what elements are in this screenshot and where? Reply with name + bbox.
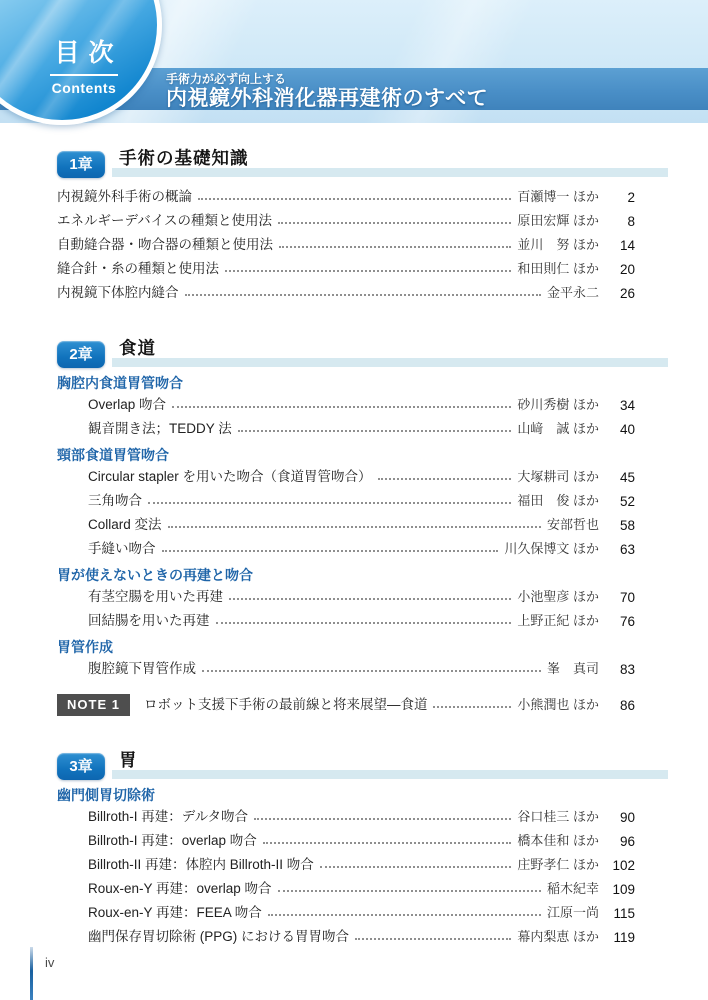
entry-author: 谷口桂三 ほか bbox=[517, 806, 599, 828]
entry-title: 内視鏡外科手術の概論 bbox=[57, 185, 192, 208]
entry-page-number: 109 bbox=[599, 882, 635, 900]
dot-leader bbox=[278, 890, 541, 892]
dot-leader bbox=[225, 270, 511, 272]
entry-author: 和田則仁 ほか bbox=[517, 258, 599, 280]
dot-leader bbox=[185, 294, 541, 296]
toc-entry: 三角吻合福田 俊 ほか52 bbox=[57, 488, 668, 512]
dot-leader bbox=[278, 222, 511, 224]
toc-entry: Collard 変法安部哲也58 bbox=[57, 512, 668, 536]
dot-leader bbox=[378, 478, 512, 480]
toc-entry: 内視鏡外科手術の概論百瀬博一 ほか2 bbox=[57, 184, 668, 208]
dot-leader bbox=[254, 818, 511, 820]
entry-page-number: 26 bbox=[599, 286, 635, 304]
chapter-title: 手術の基礎知識 bbox=[119, 145, 249, 170]
chapter-badge: 2章 bbox=[57, 341, 105, 368]
toc-entry: 有茎空腸を用いた再建小池聖彦 ほか70 bbox=[57, 584, 668, 608]
entry-page-number: 70 bbox=[599, 590, 635, 608]
entry-page-number: 90 bbox=[599, 810, 635, 828]
entry-title: 内視鏡下体腔内縫合 bbox=[57, 281, 179, 304]
dot-leader bbox=[162, 550, 499, 552]
entry-author: 上野正紀 ほか bbox=[517, 610, 599, 632]
dot-leader bbox=[216, 622, 512, 624]
chapter-title: 胃 bbox=[119, 747, 138, 772]
entry-page-number: 40 bbox=[599, 422, 635, 440]
entry-page-number: 76 bbox=[599, 614, 635, 632]
section-heading: 胃が使えないときの再建と吻合 bbox=[57, 566, 668, 584]
page-footer: iv bbox=[30, 947, 54, 1000]
section-heading: 胸腔内食道胃管吻合 bbox=[57, 374, 668, 392]
note-badge: NOTE 1 bbox=[57, 694, 130, 716]
chapter-header: 3章 胃 bbox=[57, 750, 668, 780]
entry-author: 砂川秀樹 ほか bbox=[517, 394, 599, 416]
page-number: iv bbox=[45, 947, 54, 1000]
toc-entry: 回結腸を用いた再建上野正紀 ほか76 bbox=[57, 608, 668, 632]
note-entry: NOTE 1ロボット支援下手術の最前線と将来展望―食道小熊潤也 ほか86 bbox=[57, 690, 668, 716]
entry-author: 百瀬博一 ほか bbox=[517, 186, 599, 208]
entry-page-number: 20 bbox=[599, 262, 635, 280]
entry-page-number: 2 bbox=[599, 190, 635, 208]
section-heading: 頸部食道胃管吻合 bbox=[57, 446, 668, 464]
entry-page-number: 8 bbox=[599, 214, 635, 232]
chapter-3: 3章 胃 幽門側胃切除術 Billroth-I 再建：デルタ吻合谷口桂三 ほか9… bbox=[57, 750, 668, 948]
entry-title: Circular stapler を用いた吻合（食道胃管吻合） bbox=[88, 465, 372, 488]
entry-page-number: 45 bbox=[599, 470, 635, 488]
entry-author: 庄野孝仁 ほか bbox=[517, 854, 599, 876]
note-author: 小熊潤也 ほか bbox=[517, 694, 599, 716]
toc-circle-text: 目次 Contents bbox=[36, 40, 132, 96]
entry-title: Collard 変法 bbox=[88, 513, 162, 536]
entry-page-number: 52 bbox=[599, 494, 635, 512]
entry-author: 大塚耕司 ほか bbox=[517, 466, 599, 488]
dot-leader bbox=[172, 406, 511, 408]
dot-leader bbox=[279, 246, 511, 248]
dot-leader bbox=[202, 670, 541, 672]
entry-page-number: 115 bbox=[599, 906, 635, 924]
dot-leader bbox=[433, 706, 511, 708]
toc-subtitle: Contents bbox=[36, 80, 132, 96]
toc-entry: 自動縫合器・吻合器の種類と使用法並川 努 ほか14 bbox=[57, 232, 668, 256]
dot-leader bbox=[168, 526, 541, 528]
entry-title: Roux-en-Y 再建：FEEA 吻合 bbox=[88, 901, 262, 924]
toc-entry: Overlap 吻合砂川秀樹 ほか34 bbox=[57, 392, 668, 416]
entry-page-number: 83 bbox=[599, 662, 635, 680]
chapter-underline-bar bbox=[112, 770, 668, 779]
entry-title: Billroth-II 再建：体腔内 Billroth-II 吻合 bbox=[88, 853, 314, 876]
chapter-badge: 3章 bbox=[57, 753, 105, 780]
toc-entry: 幽門保存胃切除術 (PPG) における胃胃吻合幕内梨恵 ほか119 bbox=[57, 924, 668, 948]
entry-page-number: 63 bbox=[599, 542, 635, 560]
toc-entry: Billroth-I 再建：overlap 吻合橋本佳和 ほか96 bbox=[57, 828, 668, 852]
toc-entry: Billroth-I 再建：デルタ吻合谷口桂三 ほか90 bbox=[57, 804, 668, 828]
entry-page-number: 119 bbox=[599, 930, 635, 948]
section-heading: 幽門側胃切除術 bbox=[57, 786, 668, 804]
book-title: 内視鏡外科消化器再建術のすべて bbox=[166, 87, 708, 110]
chapter-badge: 1章 bbox=[57, 151, 105, 178]
chapter-1: 1章 手術の基礎知識 内視鏡外科手術の概論百瀬博一 ほか2 エネルギーデバイスの… bbox=[57, 148, 668, 304]
chapter-title: 食道 bbox=[119, 335, 156, 360]
note-page-number: 86 bbox=[599, 698, 635, 716]
toc-entry: Roux-en-Y 再建：overlap 吻合稲木紀幸109 bbox=[57, 876, 668, 900]
entry-title: 幽門保存胃切除術 (PPG) における胃胃吻合 bbox=[88, 925, 349, 948]
entry-title: 自動縫合器・吻合器の種類と使用法 bbox=[57, 233, 273, 256]
chapter-underline-bar bbox=[112, 358, 668, 367]
entry-title: 観音開き法；TEDDY 法 bbox=[88, 417, 232, 440]
toc-divider-line bbox=[50, 74, 118, 76]
toc-content: 1章 手術の基礎知識 内視鏡外科手術の概論百瀬博一 ほか2 エネルギーデバイスの… bbox=[57, 148, 668, 982]
footer-accent-line bbox=[30, 947, 33, 1000]
entry-title: 手縫い吻合 bbox=[88, 537, 156, 560]
entry-title: 有茎空腸を用いた再建 bbox=[88, 585, 223, 608]
toc-entry: Circular stapler を用いた吻合（食道胃管吻合）大塚耕司 ほか45 bbox=[57, 464, 668, 488]
toc-title: 目次 bbox=[36, 40, 132, 68]
entry-title: 回結腸を用いた再建 bbox=[88, 609, 210, 632]
dot-leader bbox=[320, 866, 512, 868]
book-tagline: 手術力が必ず向上する bbox=[166, 72, 708, 87]
entry-page-number: 14 bbox=[599, 238, 635, 256]
dot-leader bbox=[268, 914, 541, 916]
entry-title: Roux-en-Y 再建：overlap 吻合 bbox=[88, 877, 272, 900]
dot-leader bbox=[148, 502, 511, 504]
toc-entry: 観音開き法；TEDDY 法山﨑 誠 ほか40 bbox=[57, 416, 668, 440]
chapter-header: 2章 食道 bbox=[57, 338, 668, 368]
entry-author: 原田宏輝 ほか bbox=[517, 210, 599, 232]
entry-author: 金平永二 bbox=[547, 282, 599, 304]
entry-author: 幕内梨恵 ほか bbox=[517, 926, 599, 948]
toc-entry: 腹腔鏡下胃管作成峯 真司83 bbox=[57, 656, 668, 680]
entry-author: 並川 努 ほか bbox=[517, 234, 599, 256]
dot-leader bbox=[229, 598, 511, 600]
entry-title: Overlap 吻合 bbox=[88, 393, 166, 416]
toc-entry: エネルギーデバイスの種類と使用法原田宏輝 ほか8 bbox=[57, 208, 668, 232]
entry-author: 山﨑 誠 ほか bbox=[517, 418, 599, 440]
entry-author: 峯 真司 bbox=[547, 658, 599, 680]
dot-leader bbox=[355, 938, 511, 940]
entry-title: Billroth-I 再建：デルタ吻合 bbox=[88, 805, 248, 828]
entry-author: 小池聖彦 ほか bbox=[517, 586, 599, 608]
entry-author: 安部哲也 bbox=[547, 514, 599, 536]
note-title: ロボット支援下手術の最前線と将来展望―食道 bbox=[144, 693, 428, 716]
toc-entry: Billroth-II 再建：体腔内 Billroth-II 吻合庄野孝仁 ほか… bbox=[57, 852, 668, 876]
entry-title: 腹腔鏡下胃管作成 bbox=[88, 657, 196, 680]
entry-author: 橋本佳和 ほか bbox=[517, 830, 599, 852]
entry-author: 福田 俊 ほか bbox=[517, 490, 599, 512]
dot-leader bbox=[263, 842, 512, 844]
section-heading: 胃管作成 bbox=[57, 638, 668, 656]
entry-title: エネルギーデバイスの種類と使用法 bbox=[57, 209, 272, 232]
entry-page-number: 96 bbox=[599, 834, 635, 852]
entry-title: 三角吻合 bbox=[88, 489, 142, 512]
entry-page-number: 58 bbox=[599, 518, 635, 536]
toc-page: 手術力が必ず向上する 内視鏡外科消化器再建術のすべて 目次 Contents 1… bbox=[0, 0, 708, 1000]
toc-entry: Roux-en-Y 再建：FEEA 吻合江原一尚115 bbox=[57, 900, 668, 924]
toc-entry: 縫合針・糸の種類と使用法和田則仁 ほか20 bbox=[57, 256, 668, 280]
chapter-header: 1章 手術の基礎知識 bbox=[57, 148, 668, 178]
toc-entry: 手縫い吻合川久保博文 ほか63 bbox=[57, 536, 668, 560]
entry-author: 川久保博文 ほか bbox=[504, 538, 599, 560]
chapter-2: 2章 食道 胸腔内食道胃管吻合 Overlap 吻合砂川秀樹 ほか34 観音開き… bbox=[57, 338, 668, 716]
toc-entry: 内視鏡下体腔内縫合金平永二26 bbox=[57, 280, 668, 304]
dot-leader bbox=[198, 198, 511, 200]
entry-title: 縫合針・糸の種類と使用法 bbox=[57, 257, 219, 280]
entry-title: Billroth-I 再建：overlap 吻合 bbox=[88, 829, 257, 852]
entry-author: 江原一尚 bbox=[547, 902, 599, 924]
entry-page-number: 102 bbox=[599, 858, 635, 876]
entry-author: 稲木紀幸 bbox=[547, 878, 599, 900]
entry-page-number: 34 bbox=[599, 398, 635, 416]
dot-leader bbox=[238, 430, 512, 432]
